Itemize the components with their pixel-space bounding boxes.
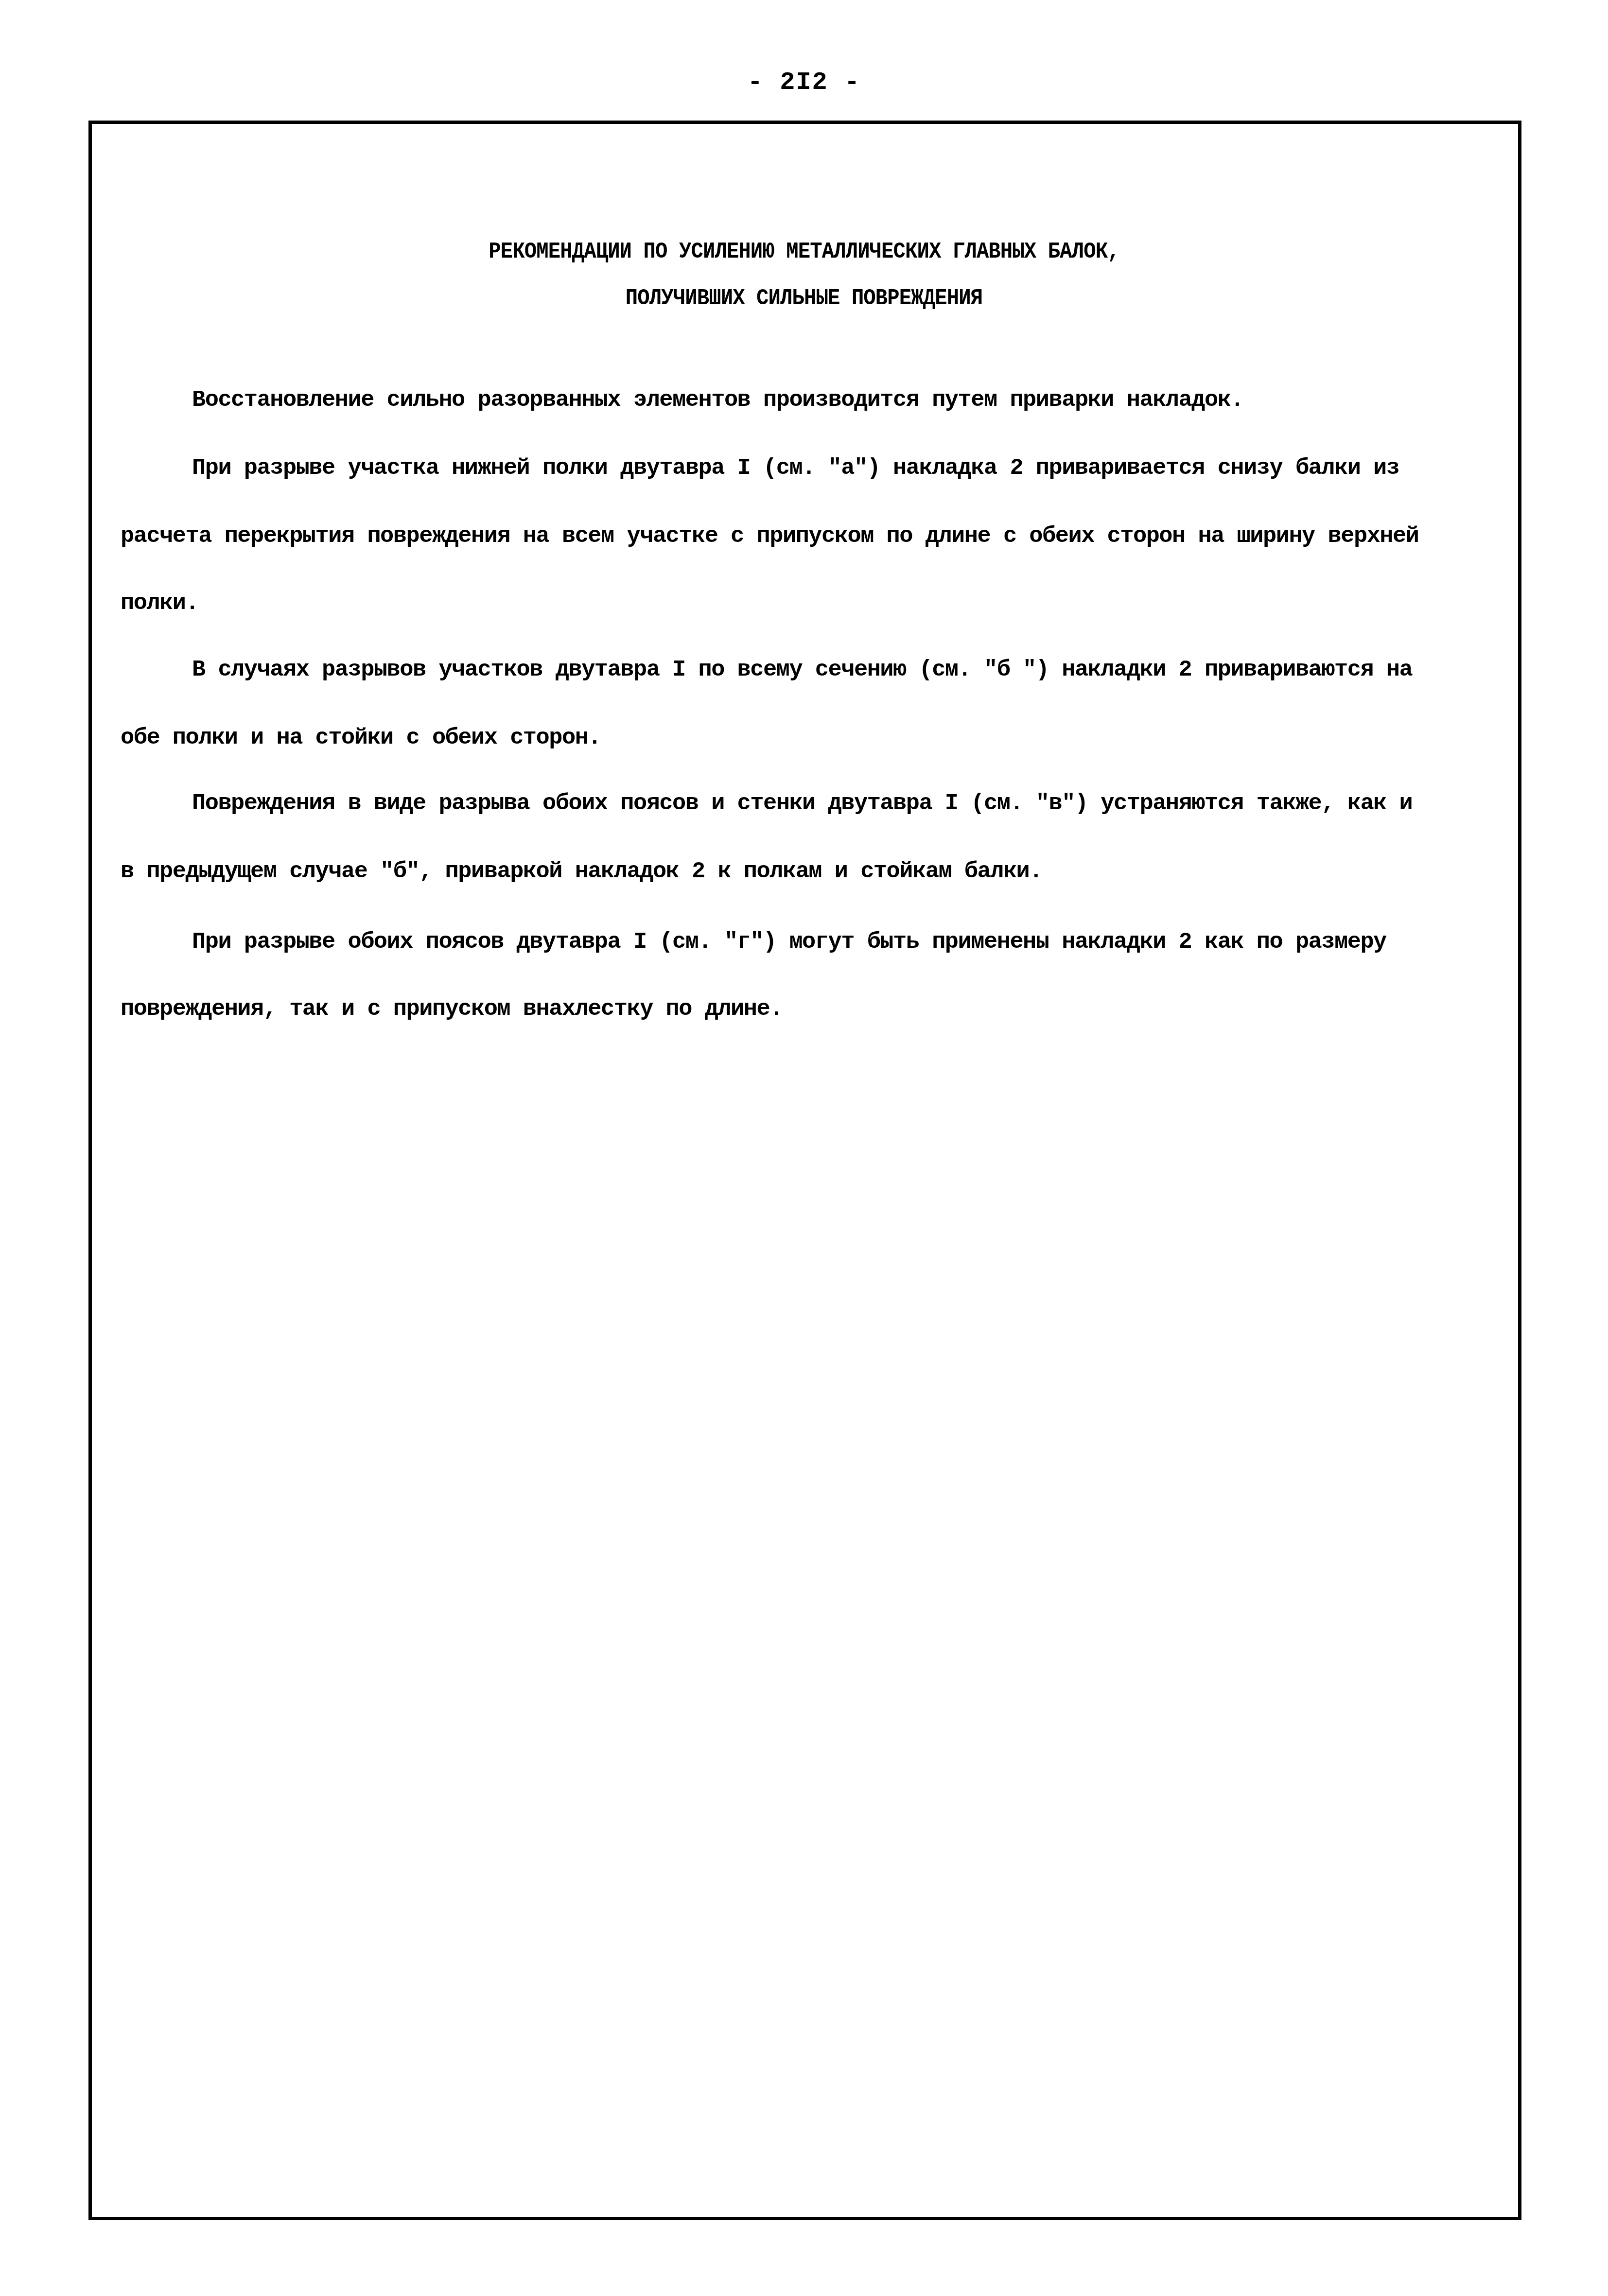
document-title-line-2: ПОЛУЧИВШИХ СИЛЬНЫЕ ПОВРЕЖДЕНИЯ — [64, 286, 1543, 311]
paragraph-4-line-1: Повреждения в виде разрыва обоих поясов … — [192, 791, 1412, 817]
paragraph-1-line-1: Восстановление сильно разорванных элемен… — [192, 387, 1243, 413]
page-frame — [88, 121, 1521, 2220]
document-title-line-1: РЕКОМЕНДАЦИИ ПО УСИЛЕНИЮ МЕТАЛЛИЧЕСКИХ Г… — [64, 239, 1543, 264]
paragraph-5-line-2: повреждения, так и с припуском внахлестк… — [121, 996, 783, 1022]
paragraph-3-line-1: В случаях разрывов участков двутавра I п… — [192, 657, 1412, 683]
paragraph-4-line-2: в предыдущем случае "б", приваркой накла… — [121, 859, 1042, 885]
paragraph-3-line-2: обе полки и на стойки с обеих сторон. — [121, 725, 601, 751]
page-number: - 2I2 - — [0, 68, 1608, 97]
paragraph-2-line-3: полки. — [121, 591, 198, 616]
paragraph-2-line-2: расчета перекрытия повреждения на всем у… — [121, 523, 1418, 549]
paragraph-5-line-1: При разрыве обоих поясов двутавра I (см.… — [192, 929, 1386, 955]
paragraph-2-line-1: При разрыве участка нижней полки двутавр… — [192, 455, 1399, 481]
